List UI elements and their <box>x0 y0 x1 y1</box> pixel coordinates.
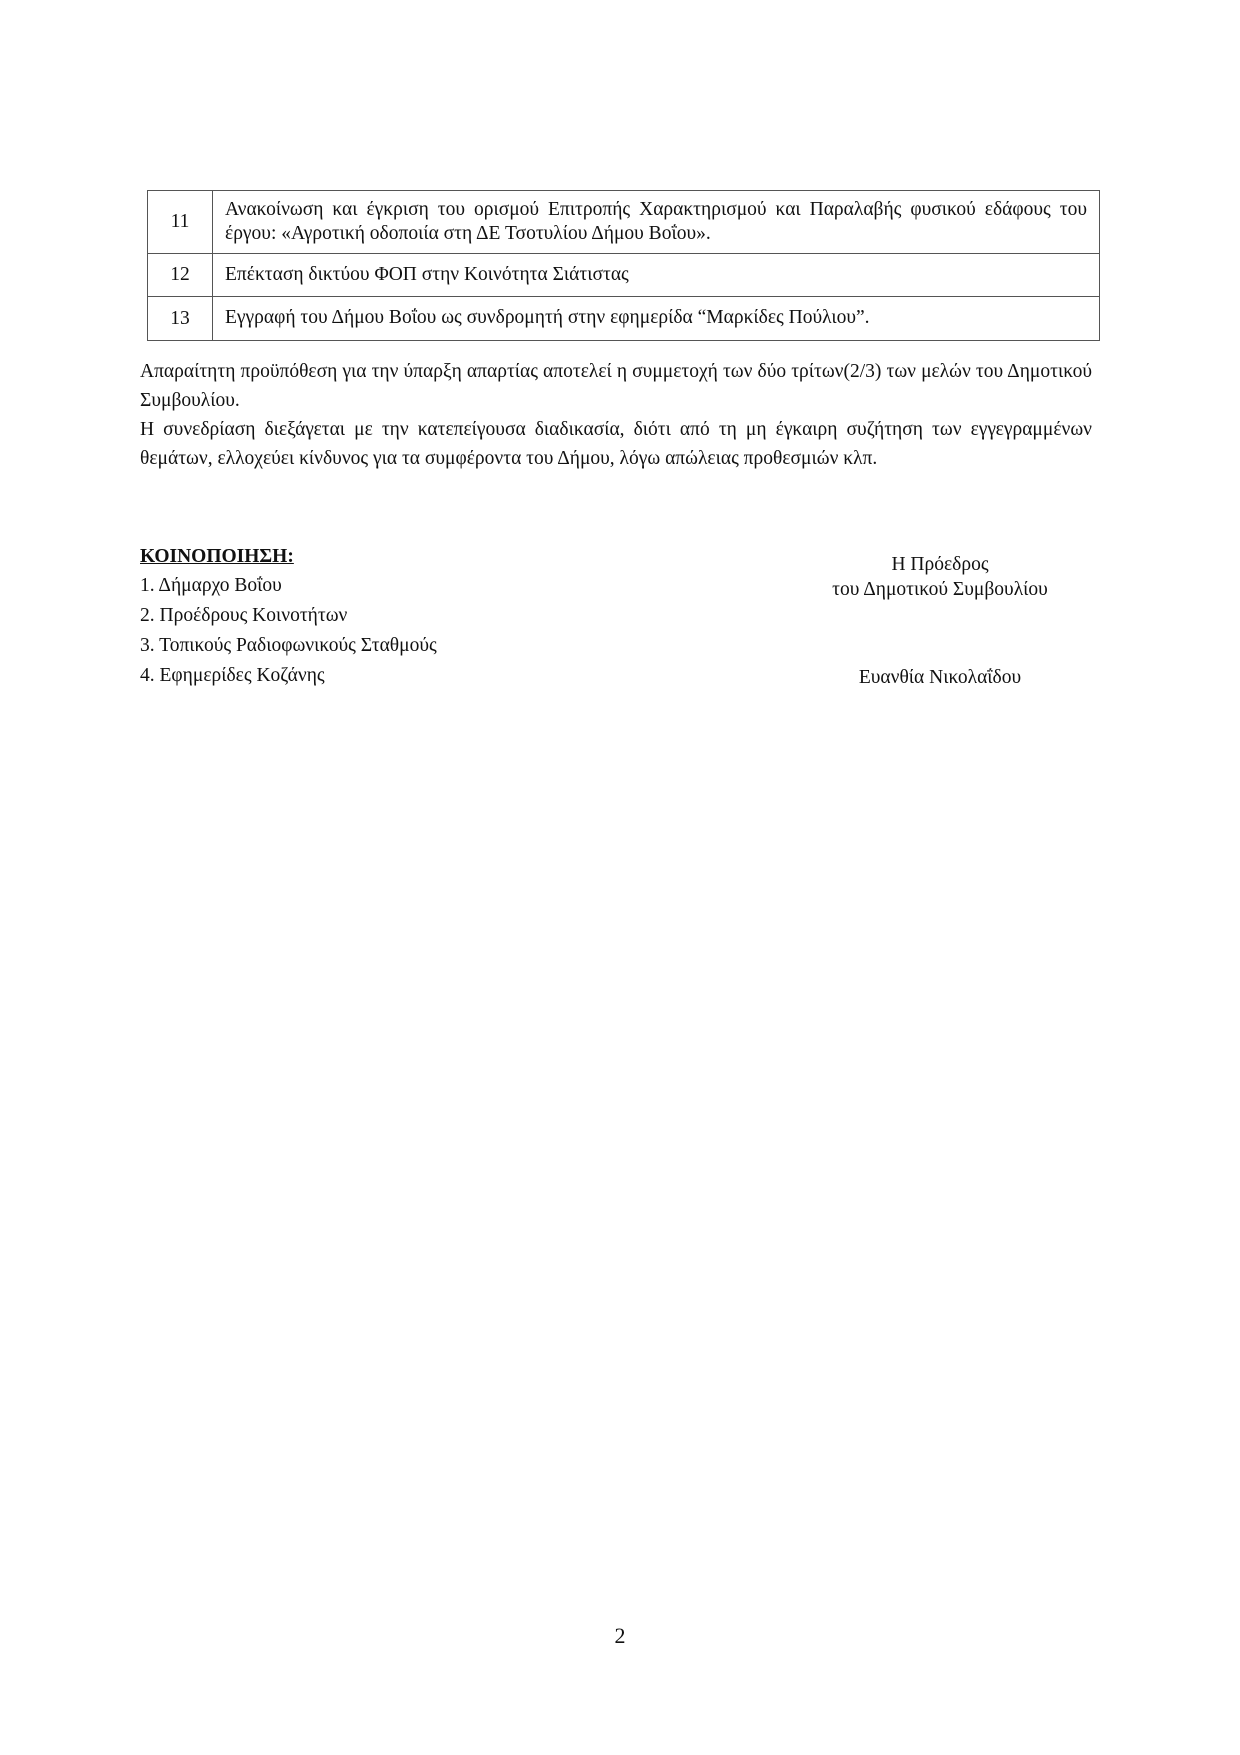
notification-list-section: ΚΟΙΝΟΠΟΙΗΣΗ: 1. Δήμαρχο Βοΐου 2. Προέδρο… <box>140 543 437 691</box>
agenda-row: 12 Επέκταση δικτύου ΦΟΠ στην Κοινότητα Σ… <box>148 254 1100 297</box>
signatory-role: Η Πρόεδρος <box>790 552 1090 577</box>
signatory-role-body: του Δημοτικού Συμβουλίου <box>790 577 1090 602</box>
agenda-row: 11 Ανακοίνωση και έγκριση του ορισμού Επ… <box>148 191 1100 254</box>
agenda-item-number: 13 <box>148 297 213 341</box>
notification-heading: ΚΟΙΝΟΠΟΙΗΣΗ: <box>140 543 437 571</box>
urgency-paragraph: Η συνεδρίαση διεξάγεται με την κατεπείγο… <box>140 415 1092 473</box>
agenda-row: 13 Εγγραφή του Δήμου Βοΐου ως συνδρομητή… <box>148 297 1100 341</box>
notification-recipient: 1. Δήμαρχο Βοΐου <box>140 571 437 601</box>
signature-block: Η Πρόεδρος του Δημοτικού Συμβουλίου Ευαν… <box>790 552 1090 690</box>
notification-list: 1. Δήμαρχο Βοΐου 2. Προέδρους Κοινοτήτων… <box>140 571 437 691</box>
document-page: 11 Ανακοίνωση και έγκριση του ορισμού Επ… <box>0 0 1240 1755</box>
notification-recipient: 3. Τοπικούς Ραδιοφωνικούς Σταθμούς <box>140 631 437 661</box>
signatory-name: Ευανθία Νικολαΐδου <box>790 665 1090 690</box>
notification-recipient: 4. Εφημερίδες Κοζάνης <box>140 661 437 691</box>
agenda-item-number: 12 <box>148 254 213 297</box>
agenda-item-text: Επέκταση δικτύου ΦΟΠ στην Κοινότητα Σιάτ… <box>213 254 1100 297</box>
agenda-item-text: Ανακοίνωση και έγκριση του ορισμού Επιτρ… <box>213 191 1100 254</box>
page-number: 2 <box>0 1623 1240 1649</box>
agenda-item-number: 11 <box>148 191 213 254</box>
agenda-item-text: Εγγραφή του Δήμου Βοΐου ως συνδρομητή στ… <box>213 297 1100 341</box>
quorum-paragraph: Απαραίτητη προϋπόθεση για την ύπαρξη απα… <box>140 357 1092 415</box>
agenda-table: 11 Ανακοίνωση και έγκριση του ορισμού Επ… <box>147 190 1100 341</box>
notification-recipient: 2. Προέδρους Κοινοτήτων <box>140 601 437 631</box>
